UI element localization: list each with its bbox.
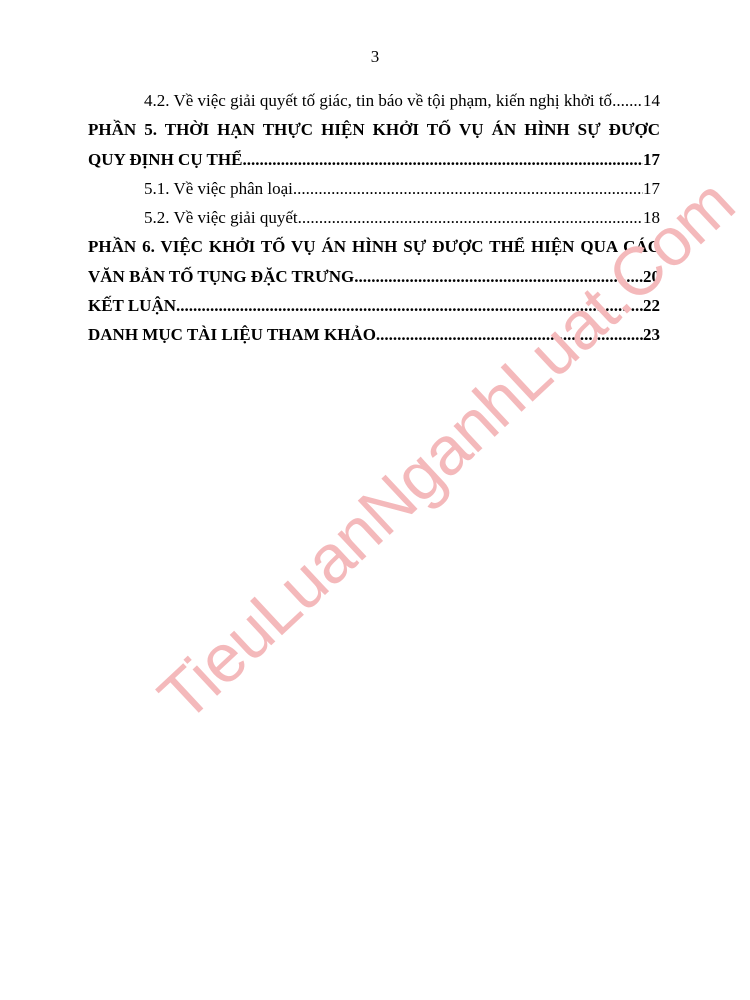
toc-entry-label: DANH MỤC TÀI LIỆU THAM KHẢO — [88, 320, 376, 349]
toc-entry-phan-5[interactable]: QUY ĐỊNH CỤ THỂ 17 — [88, 145, 660, 174]
toc-entry-label: 4.2. Về việc giải quyết tố giác, tin báo… — [144, 86, 612, 115]
toc-entry-5-2[interactable]: 5.2. Về việc giải quyết 18 — [88, 203, 660, 232]
document-page: 3 4.2. Về việc giải quyết tố giác, tin b… — [0, 0, 750, 1000]
watermark: TieuLuanNganhLuat.Com — [144, 298, 607, 737]
table-of-contents: 4.2. Về việc giải quyết tố giác, tin báo… — [88, 86, 660, 350]
toc-entry-label: 5.1. Về việc phân loại — [144, 174, 293, 203]
toc-entry-label: VĂN BẢN TỐ TỤNG ĐẶC TRƯNG — [88, 262, 354, 291]
toc-entry-phan-6[interactable]: VĂN BẢN TỐ TỤNG ĐẶC TRƯNG 20 — [88, 262, 660, 291]
toc-entry-page: 14 — [643, 86, 660, 115]
toc-entry-4-2[interactable]: 4.2. Về việc giải quyết tố giác, tin báo… — [88, 86, 660, 115]
page-number: 3 — [0, 47, 750, 67]
toc-entry-label: PHẦN 6. VIỆC KHỞI TỐ VỤ ÁN HÌNH SỰ ĐƯỢC … — [88, 232, 660, 261]
toc-entry-page: 18 — [643, 203, 660, 232]
toc-entry-phan-6-line-1[interactable]: PHẦN 6. VIỆC KHỞI TỐ VỤ ÁN HÌNH SỰ ĐƯỢC … — [88, 232, 660, 261]
toc-entry-label: QUY ĐỊNH CỤ THỂ — [88, 145, 242, 174]
toc-entry-ket-luan[interactable]: KẾT LUẬN 22 — [88, 291, 660, 320]
toc-entry-page: 17 — [643, 174, 660, 203]
toc-entry-5-1[interactable]: 5.1. Về việc phân loại 17 — [88, 174, 660, 203]
toc-entry-label: KẾT LUẬN — [88, 291, 176, 320]
toc-leader-dots — [242, 145, 643, 174]
toc-leader-dots — [612, 86, 643, 115]
toc-entry-page: 22 — [643, 291, 660, 320]
toc-leader-dots — [298, 203, 643, 232]
toc-entry-page: 23 — [643, 320, 660, 349]
toc-entry-page: 17 — [643, 145, 660, 174]
toc-entry-label: PHẦN 5. THỜI HẠN THỰC HIỆN KHỞI TỐ VỤ ÁN… — [88, 115, 660, 144]
toc-leader-dots — [354, 262, 643, 291]
toc-leader-dots — [293, 174, 643, 203]
toc-leader-dots — [176, 291, 643, 320]
toc-entry-page: 20 — [643, 262, 660, 291]
toc-entry-tai-lieu-tham-khao[interactable]: DANH MỤC TÀI LIỆU THAM KHẢO 23 — [88, 320, 660, 349]
toc-entry-phan-5-line-1[interactable]: PHẦN 5. THỜI HẠN THỰC HIỆN KHỞI TỐ VỤ ÁN… — [88, 115, 660, 144]
toc-leader-dots — [376, 320, 643, 349]
toc-entry-label: 5.2. Về việc giải quyết — [144, 203, 298, 232]
